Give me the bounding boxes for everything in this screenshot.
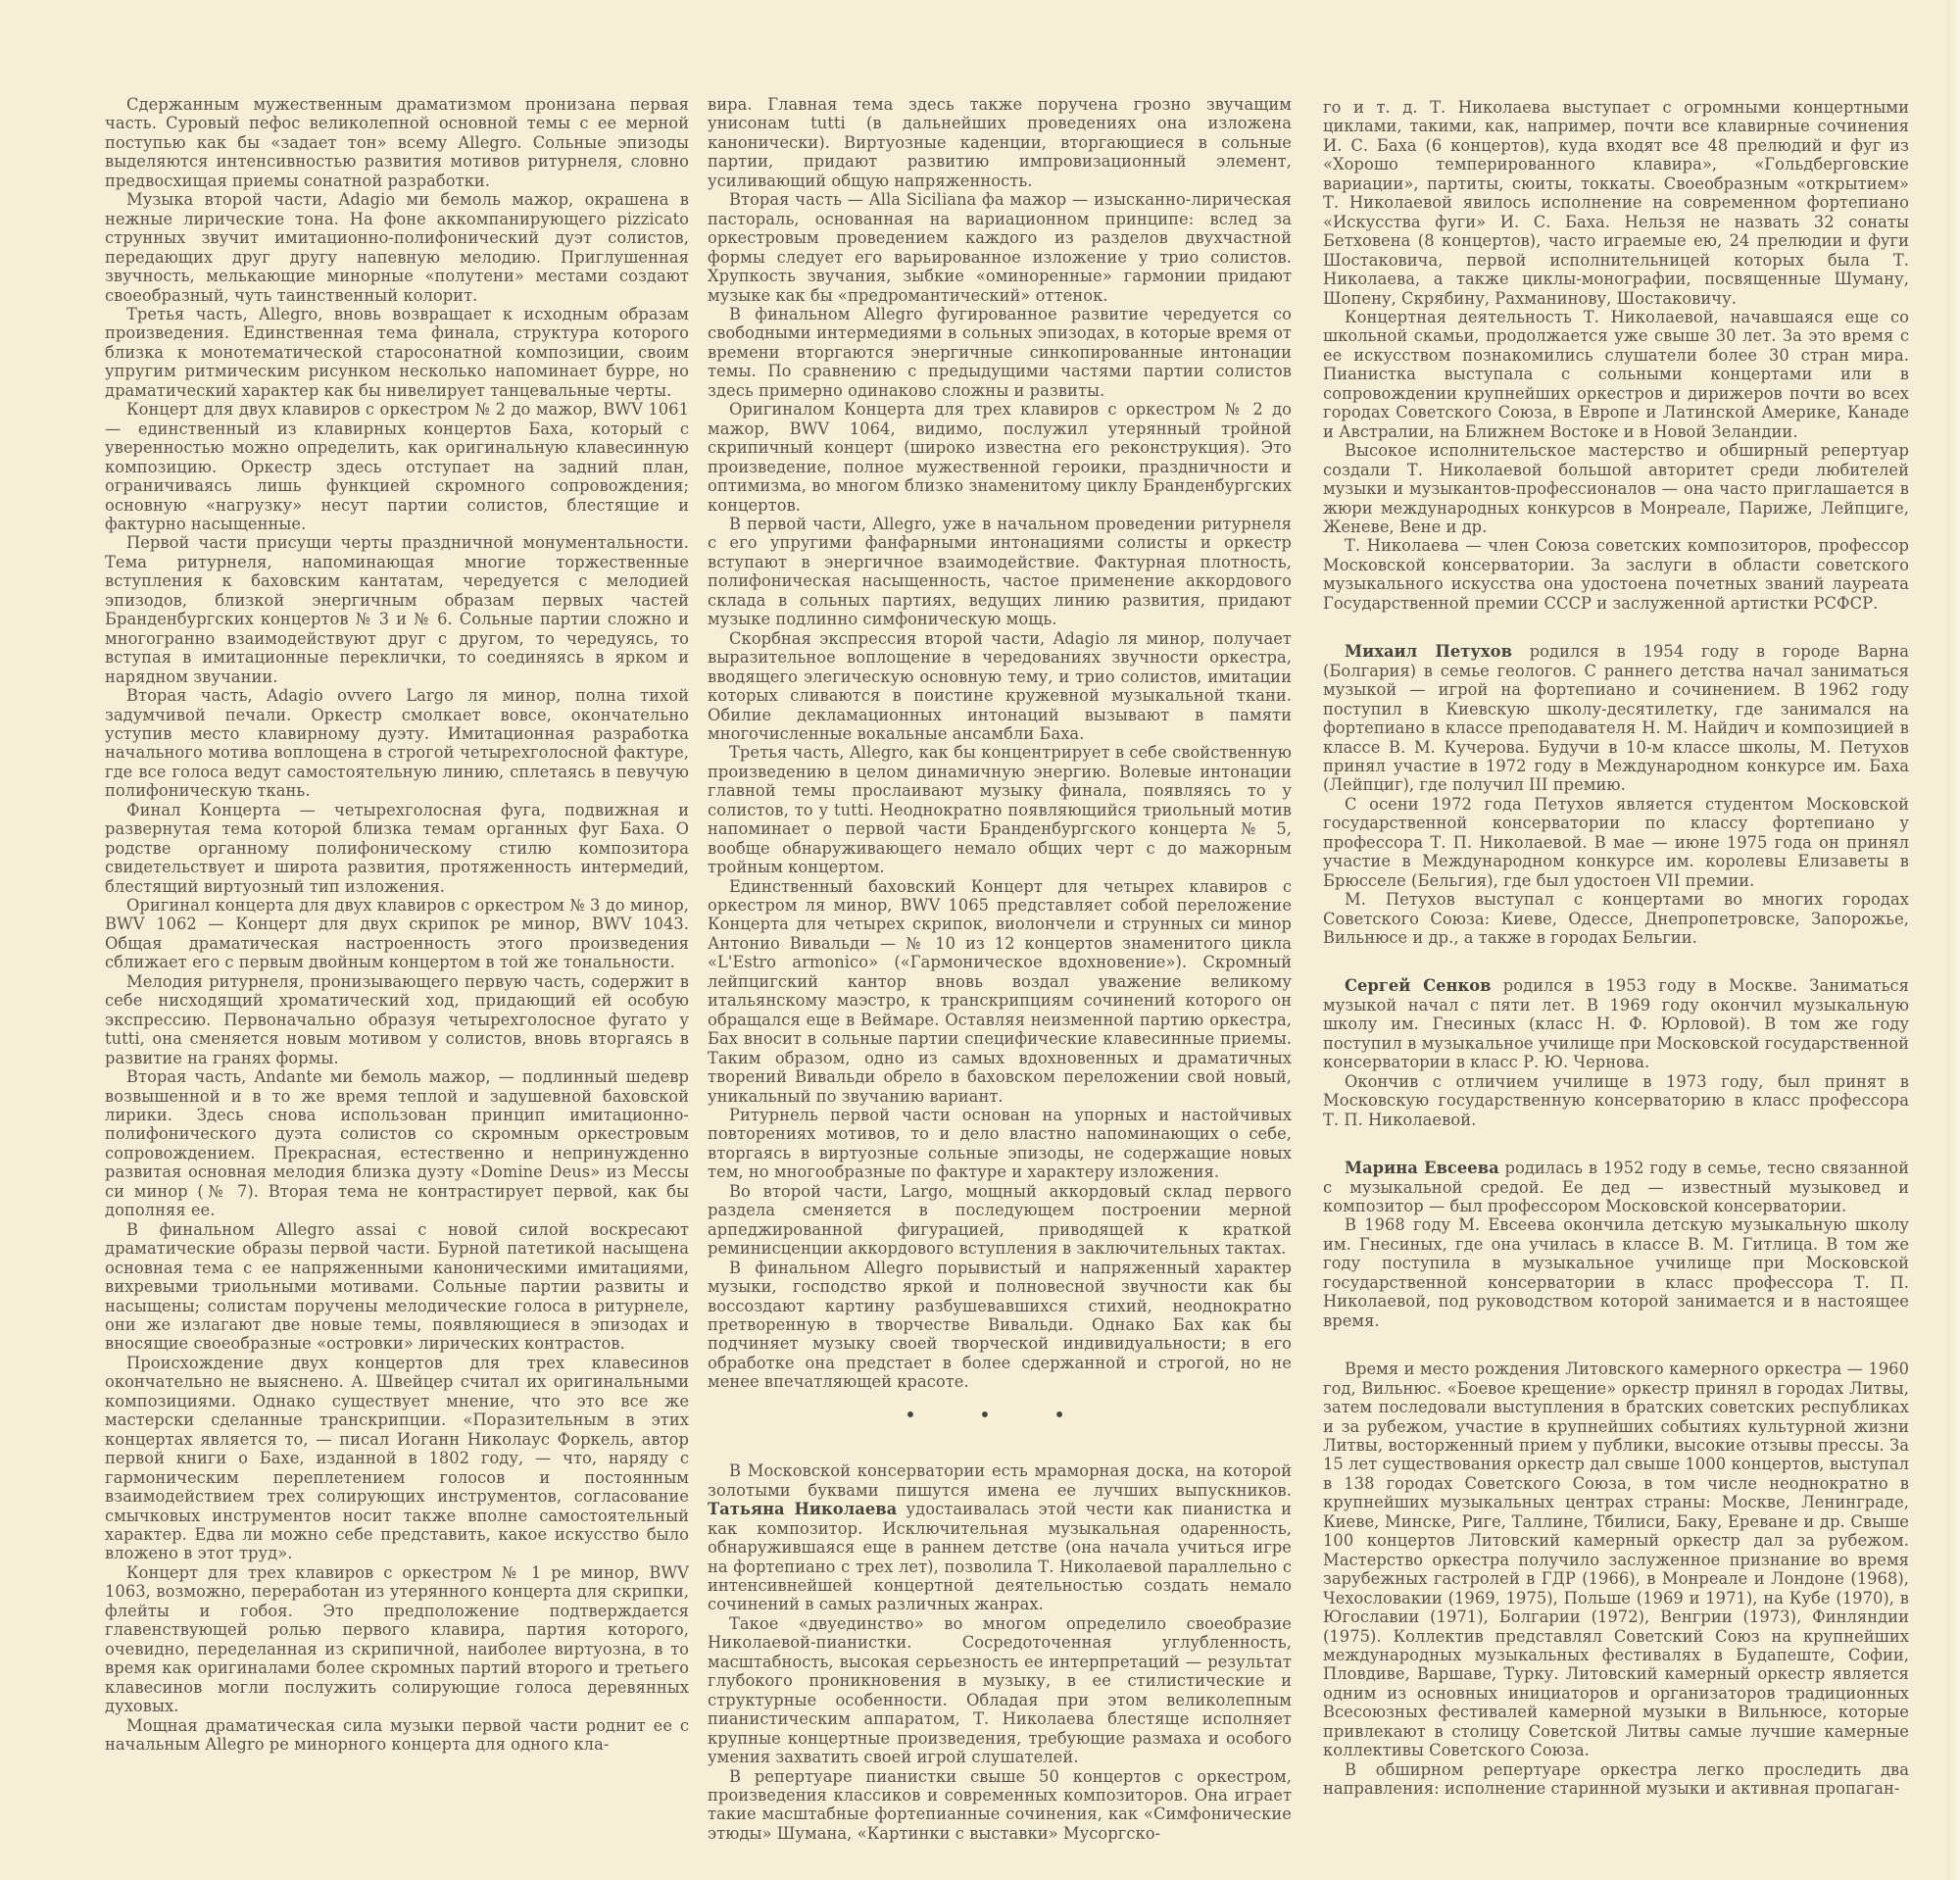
senkov-bio-paragraph: Сергей Сенков родился в 1953 году в Моск…	[1323, 976, 1909, 1071]
paragraph: го и т. д. Т. Николаева выступает с огро…	[1323, 98, 1909, 308]
paragraph: В финальном Allegro фугированное развити…	[708, 305, 1292, 400]
evseeva-bio-paragraph: Марина Евсеева родилась в 1952 году в се…	[1323, 1159, 1909, 1215]
section-separator: • • •	[708, 1406, 1292, 1424]
petukhov-bio-paragraph: Михаил Петухов родился в 1954 году в гор…	[1323, 642, 1909, 795]
paragraph: Т. Николаева — член Союза советских комп…	[1323, 536, 1909, 613]
paragraph: Первой части присущи черты праздничной м…	[105, 533, 689, 686]
bio-text: родился в 1954 году в городе Варна (Болг…	[1323, 642, 1909, 794]
paragraph: Сдержанным мужественным драматизмом прон…	[105, 95, 689, 190]
paragraph: Оригинал концерта для двух клавиров с ор…	[105, 896, 689, 972]
performer-name-evseeva: Марина Евсеева	[1345, 1159, 1499, 1177]
performer-name-petukhov: Михаил Петухов	[1345, 642, 1512, 661]
paragraph: Третья часть, Allegro, как бы концентрир…	[708, 743, 1292, 876]
paragraph: Окончив с отличием училище в 1973 году, …	[1323, 1072, 1909, 1129]
paragraph: В обширном репертуаре оркестра легко про…	[1323, 1760, 1909, 1799]
paragraph: Ритурнель первой части основан на упорны…	[708, 1106, 1292, 1182]
paragraph: В финальном Allegro порывистый и напряже…	[708, 1259, 1292, 1392]
intro-text: В Московской консерватории есть мраморна…	[708, 1461, 1292, 1499]
paragraph: Мощная драматическая сила музыки первой …	[105, 1716, 689, 1755]
orchestra-paragraph: Время и место рождения Литовского камерн…	[1323, 1360, 1909, 1760]
liner-notes-page: Сдержанным мужественным драматизмом прон…	[0, 0, 1960, 1880]
paragraph: Вторая часть, Adagio ovvero Largo ля мин…	[105, 686, 689, 801]
paragraph: С осени 1972 года Петухов является студе…	[1323, 795, 1909, 890]
paragraph: М. Петухов выступал с концертами во мног…	[1323, 890, 1909, 947]
paragraph: Третья часть, Allegro, вновь возвращает …	[105, 305, 689, 400]
text-column-3: го и т. д. Т. Николаева выступает с огро…	[1323, 98, 1909, 1799]
paragraph: Такое «двуединство» во многом определило…	[708, 1614, 1292, 1767]
paragraph: Концертная деятельность Т. Николаевой, н…	[1323, 308, 1909, 441]
text-column-2: вира. Главная тема здесь также поручена …	[708, 95, 1292, 1843]
paragraph: вира. Главная тема здесь также поручена …	[708, 95, 1292, 190]
paragraph: Финал Концерта — четырехголосная фуга, п…	[105, 801, 689, 896]
paragraph: Скорбная экспрессия второй части, Adagio…	[708, 629, 1292, 744]
performer-name-senkov: Сергей Сенков	[1345, 976, 1492, 995]
paragraph: Единственный баховский Концерт для четыр…	[708, 877, 1292, 1106]
paragraph: Во второй части, Largo, мощный аккордовы…	[708, 1182, 1292, 1259]
paragraph: Вторая часть — Alla Siciliana фа мажор —…	[708, 190, 1292, 305]
paragraph: В репертуаре пианистки свыше 50 концерто…	[708, 1767, 1292, 1844]
paragraph: Концерт для трех клавиров с оркестром № …	[105, 1563, 689, 1716]
paragraph: Происхождение двух концертов для трех кл…	[105, 1354, 689, 1563]
paragraph: Музыка второй части, Adagio ми бемоль ма…	[105, 190, 689, 305]
text-column-1: Сдержанным мужественным драматизмом прон…	[105, 95, 689, 1754]
paragraph: Оригиналом Концерта для трех клавиров с …	[708, 400, 1292, 515]
paragraph: Высокое исполнительское мастерство и обш…	[1323, 441, 1909, 536]
paragraph: Вторая часть, Andante ми бемоль мажор, —…	[105, 1067, 689, 1220]
paragraph: В первой части, Allegro, уже в начальном…	[708, 515, 1292, 629]
performer-name-nikolaeva: Татьяна Николаева	[708, 1500, 897, 1518]
paragraph: Мелодия ритурнеля, пронизывающего первую…	[105, 972, 689, 1067]
nikolaeva-intro-paragraph: В Московской консерватории есть мраморна…	[708, 1461, 1292, 1614]
paragraph: В 1968 году М. Евсеева окончила детскую …	[1323, 1215, 1909, 1330]
paragraph: В финальном Allegro assai с новой силой …	[105, 1220, 689, 1354]
paragraph: Концерт для двух клавиров с оркестром № …	[105, 400, 689, 533]
